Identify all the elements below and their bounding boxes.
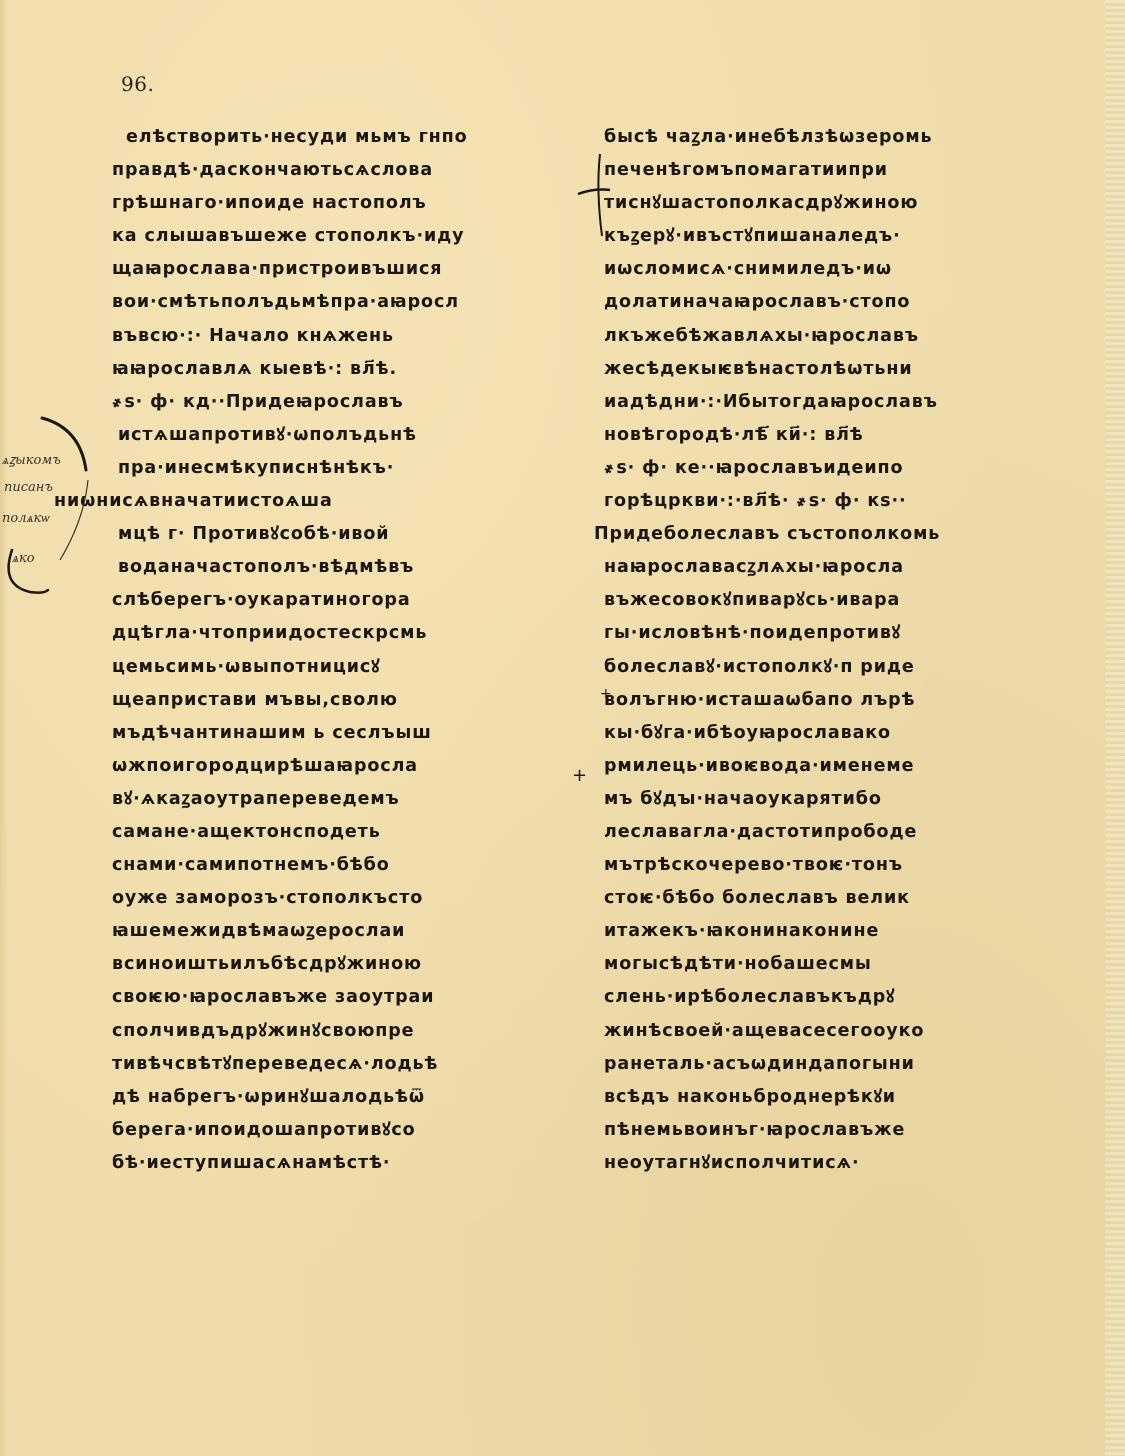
text-line: тивѣчсвѣтꙋпереведесѧ·лодьѣ	[112, 1048, 562, 1081]
text-line: итажекъ·ꙗконинаконине	[604, 915, 1084, 948]
text-line: воданачастополъ·вѣдмѣвъ	[112, 551, 562, 584]
text-line: дѣ набрегъ·ѡринꙋшалодьѣѿ	[112, 1081, 562, 1114]
text-line: могысѣдѣти·нобашесмы	[604, 948, 1084, 981]
text-line: бѣ·иеступишасѧнамѣстѣ·	[112, 1147, 562, 1180]
text-line: оуже заморозъ·стополкъсто	[112, 882, 562, 915]
text-line-rubric: иадѣдни·:·Ибытогдаꙗрославъ	[604, 386, 1084, 419]
small-cross-icon: +	[600, 686, 612, 702]
text-line: берега·ипоидошапротивꙋсо	[112, 1114, 562, 1147]
text-line: сполчивдъдрꙋжинꙋсвоюпре	[112, 1015, 562, 1048]
text-line: новѣгородѣ·лѣ҃ ки҃·: вл҃ѣ	[604, 419, 1084, 452]
text-line: ѡжпоигородцирѣшаꙗросла	[112, 750, 562, 783]
text-line: въжесовокꙋпиварꙋсь·ивара	[604, 584, 1084, 617]
small-cross-icon: +	[572, 765, 587, 786]
page-right-edge-strip	[1105, 0, 1125, 1456]
text-line: всѣдъ наконьброднерѣкꙋи	[604, 1081, 1084, 1114]
text-line: елѣстворить·несуди мьмъ гнпо	[112, 121, 562, 154]
text-line: своѥю·ꙗрославъже заоутраи	[112, 981, 562, 1014]
text-line: ка слышавъшеже стополкъ·иду	[112, 220, 562, 253]
text-line: печенѣгомъпомагатиипри	[604, 154, 1084, 187]
text-line: всиноиштьилъбѣсдрꙋжиною	[112, 948, 562, 981]
text-line: самане·ащектонсподеть	[112, 816, 562, 849]
text-line: иѡсломисѧ·снимиледъ·иѡ	[604, 253, 1084, 286]
text-line: наꙗрославасꙁлѧхы·ꙗросла	[604, 551, 1084, 584]
text-line: неоутагнꙋисполчитисѧ·	[604, 1147, 1084, 1180]
text-line: истѧшапротивꙋ·ѡполъдьнѣ	[112, 419, 562, 452]
text-line: волъгню·исташаѡбапо лърѣ	[604, 684, 1084, 717]
text-line: кы·бꙋга·ибѣоуꙗрославако	[604, 717, 1084, 750]
margin-note-line: писанъ	[4, 480, 53, 495]
text-line-rubric: Придеболеславъ състополкомь	[594, 518, 1084, 551]
text-line: щеапристави мъвы,сволю	[112, 684, 562, 717]
left-column: елѣстворить·несуди мьмъ гнпо правдѣ·даск…	[112, 121, 562, 1180]
text-line: цемьсимь·ѡвыпотницисꙋ	[112, 651, 562, 684]
text-line: грѣшнаго·ипоиде настополъ	[112, 187, 562, 220]
text-line: рмилець·ивоѥвода·именеме	[604, 750, 1084, 783]
text-line: жесѣдекыѥвѣнастолѣѡтьни	[604, 353, 1084, 386]
text-line: ранеталь·асъѡдиндапогыни	[604, 1048, 1084, 1081]
text-line-rubric: ҂ѕ· ф· ке··ꙗрославъидеипо	[604, 452, 1084, 485]
margin-note-line: полѧкѡ	[2, 510, 50, 526]
text-line: лкъжебѣжавлѧхы·ꙗрославъ	[604, 320, 1084, 353]
text-line: къꙁерꙋ·ивъстꙋпишаналедъ·	[604, 220, 1084, 253]
cross-mark-icon	[560, 150, 620, 240]
text-line: снами·самипотнемъ·бѣбо	[112, 849, 562, 882]
text-line: ꙗꙗрославлѧ кыевѣ·: вл҃ѣ.	[112, 353, 562, 386]
text-line: дцѣгла·чтоприидостескрсмь	[112, 617, 562, 650]
text-line: горѣцркви·:·вл҃ѣ· ҂ѕ· ф· кѕ··	[604, 485, 1084, 518]
text-line: стоѥ·бѣбо болеславъ велик	[604, 882, 1084, 915]
text-line: мътрѣскочерево·твоѥ·тонъ	[604, 849, 1084, 882]
text-line: щаꙗрослава·пристроивъшися	[112, 253, 562, 286]
text-line: правдѣ·даскончаютьсѧслова	[112, 154, 562, 187]
text-line: слѣберегъ·оукаратиногора	[112, 584, 562, 617]
margin-note-line: ѧко	[12, 550, 35, 566]
right-column: бысѣ чаꙁла·инебѣлзѣѡзеромь печенѣгомъпом…	[604, 121, 1084, 1180]
text-line: бысѣ чаꙁла·инебѣлзѣѡзеромь	[604, 121, 1084, 154]
text-line: мъ бꙋдꙑ·начаоукарятибо	[604, 783, 1084, 816]
text-line-rubric: ҂ѕ· ф· кд··Придеꙗрославъ	[112, 386, 562, 419]
text-line: жинѣсвоей·ащевасесегооуко	[604, 1015, 1084, 1048]
text-line: тиснꙋшастополкасдрꙋжиною	[604, 187, 1084, 220]
page-number: 96.	[121, 72, 154, 96]
margin-annotation: ѧꙁыкомъ писанъ полѧкѡ ѧко	[0, 400, 125, 605]
text-line: пѣнемьвоинъг·ꙗрославъже	[604, 1114, 1084, 1147]
text-line: долатиначаꙗрославъ·стопо	[604, 286, 1084, 319]
text-line: мъдѣчантинашим ь сеслъыш	[112, 717, 562, 750]
manuscript-page: 96. елѣстворить·несуди мьмъ гнпо правдѣ·…	[0, 0, 1125, 1456]
text-line-rubric: мцѣ г· Противꙋсобѣ·ивой	[112, 518, 562, 551]
text-line: пра·инесмѣкуписнѣнѣкъ·	[112, 452, 562, 485]
margin-bracket-icon	[0, 400, 125, 605]
text-line: вои·смѣтьполъдьмѣпра·аꙗросл	[112, 286, 562, 319]
text-line: леславагла·дастотипрободе	[604, 816, 1084, 849]
text-line: болеславꙋ·истополкꙋ·п риде	[604, 651, 1084, 684]
page-left-edge	[0, 0, 8, 1456]
text-line: слень·ирѣболеславъкъдрꙋ	[604, 981, 1084, 1014]
text-line-rubric: въвсю·:· Начало кнѧжень	[112, 320, 562, 353]
margin-note-line: ѧꙁыкомъ	[2, 450, 61, 468]
text-line: вꙋ·ѧкаꙁаоутрапереведемъ	[112, 783, 562, 816]
text-line: ниѡнисѧвначатиистоѧша	[54, 485, 562, 518]
text-line: гы·исловѣнѣ·поидепротивꙋ	[604, 617, 1084, 650]
text-line: ꙗшемежидвѣмаѡꙁерослаи	[112, 915, 562, 948]
